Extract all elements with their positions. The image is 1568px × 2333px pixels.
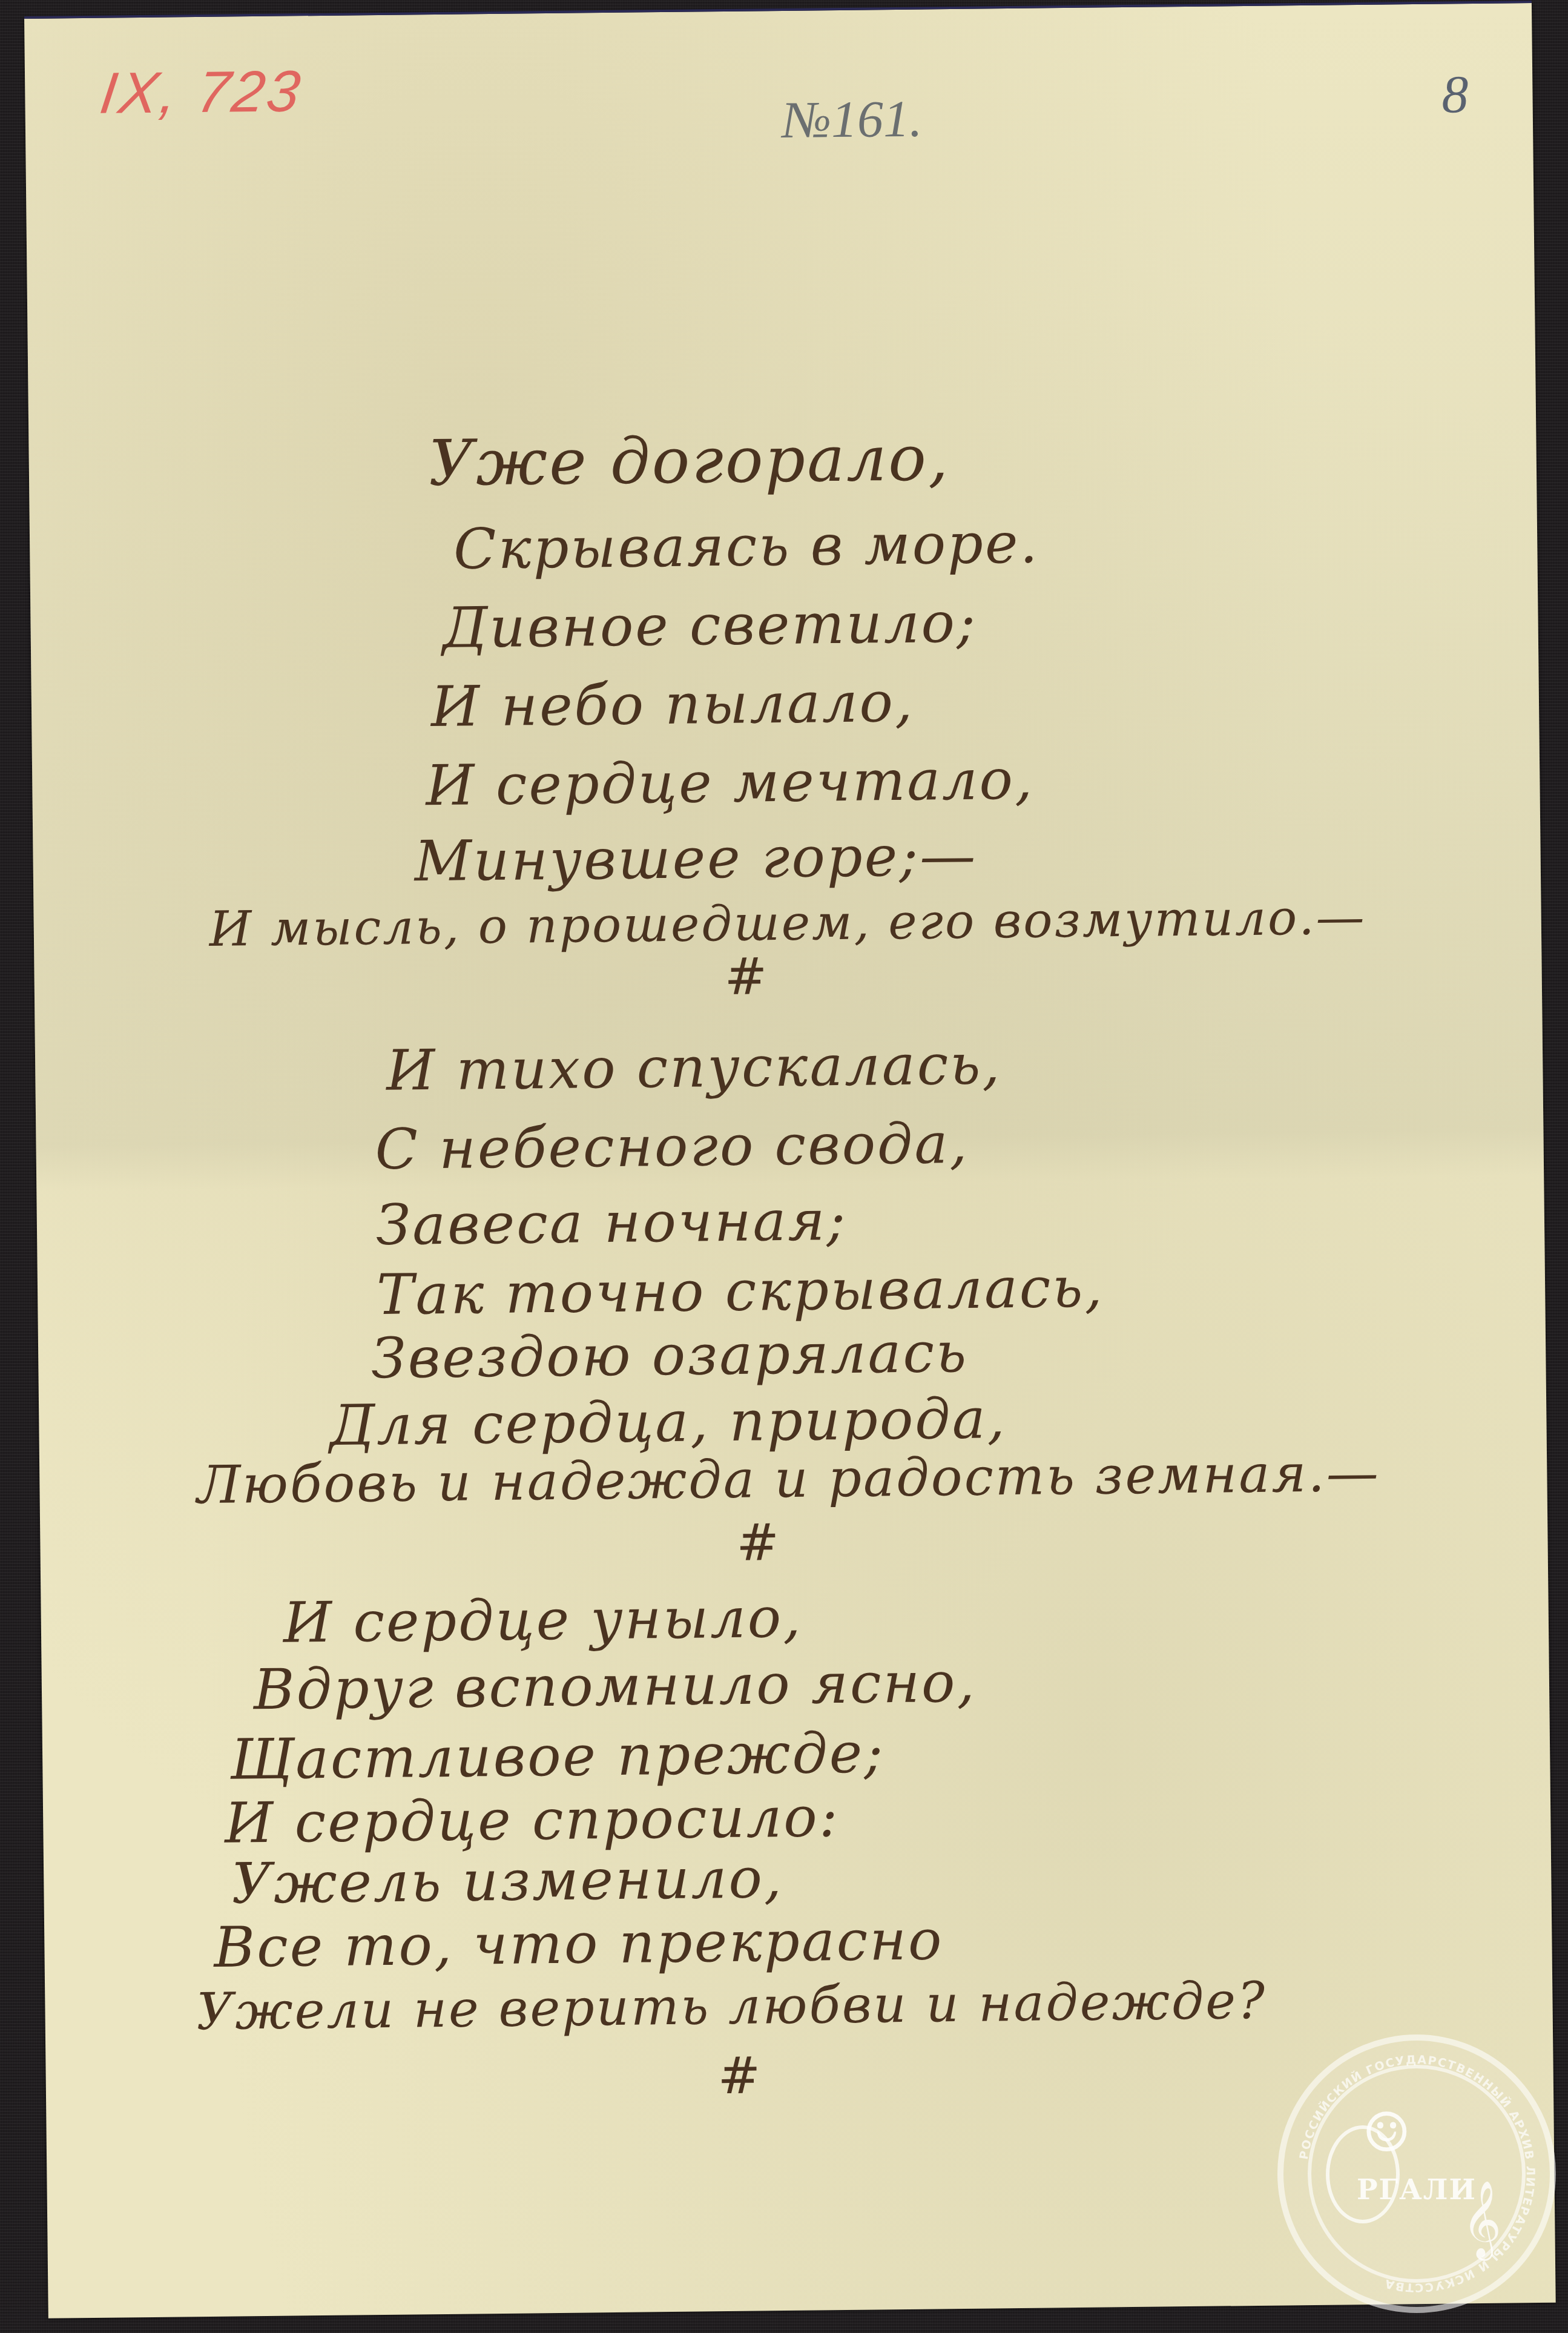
poem-line: И небо пылало,: [430, 670, 914, 739]
page-top-edge: [24, 1, 1532, 19]
poem-line: Ужель изменило,: [231, 1846, 784, 1916]
archive-code-red-pencil: IX, 723: [96, 58, 306, 127]
poem-line: Дивное светило;: [442, 590, 977, 661]
poem-line: Любовь и надежда и радость земная.—: [197, 1443, 1380, 1516]
poem-line: И мысль, о прошедшем, его возмутило.—: [209, 889, 1366, 957]
poem-line: Все то, что прекрасно: [214, 1907, 944, 1980]
poem-line: С небесного свода,: [375, 1111, 969, 1182]
poem-line: И сердце мечтало,: [426, 747, 1035, 819]
stanza-separator-mark: #: [717, 2045, 760, 2105]
poem-line: Так точно скрывалась,: [377, 1255, 1105, 1327]
item-number-pencil: №161.: [782, 88, 923, 150]
stanza-separator-mark: #: [736, 1513, 779, 1572]
poem-line: Звездою озарялась: [371, 1320, 969, 1391]
poem-line: Уже догорало,: [428, 421, 950, 500]
stanza-separator-mark: #: [724, 946, 767, 1006]
theatre-mask-icon: ☺: [1362, 2101, 1411, 2165]
archive-stamp: РОССИЙСКИЙ ГОСУДАРСТВЕННЫЙ АРХИВ ЛИТЕРАТ…: [1277, 2034, 1556, 2313]
poem-line: Вдруг вспомнило ясно,: [253, 1650, 977, 1722]
poem-line: И сердце спросило:: [225, 1784, 840, 1856]
manuscript-page: IX, 723 №161. 8 Уже догорало, Скрываясь …: [24, 3, 1556, 2318]
poem-line: Минувшее горе;—: [414, 823, 978, 894]
poem-line: Ужели не верить любви и надежде?: [196, 1971, 1267, 2042]
poem-line: Завеса ночная;: [375, 1188, 847, 1258]
poem-line: Скрываясь в море.: [453, 511, 1039, 582]
poem-line: Щастливое прежде;: [230, 1720, 885, 1792]
poem-line: И тихо спускалась,: [386, 1032, 1002, 1103]
folio-number: 8: [1441, 64, 1469, 125]
stamp-label: РГАЛИ: [1357, 2173, 1477, 2206]
poem-line: И сердце уныло,: [283, 1585, 803, 1655]
